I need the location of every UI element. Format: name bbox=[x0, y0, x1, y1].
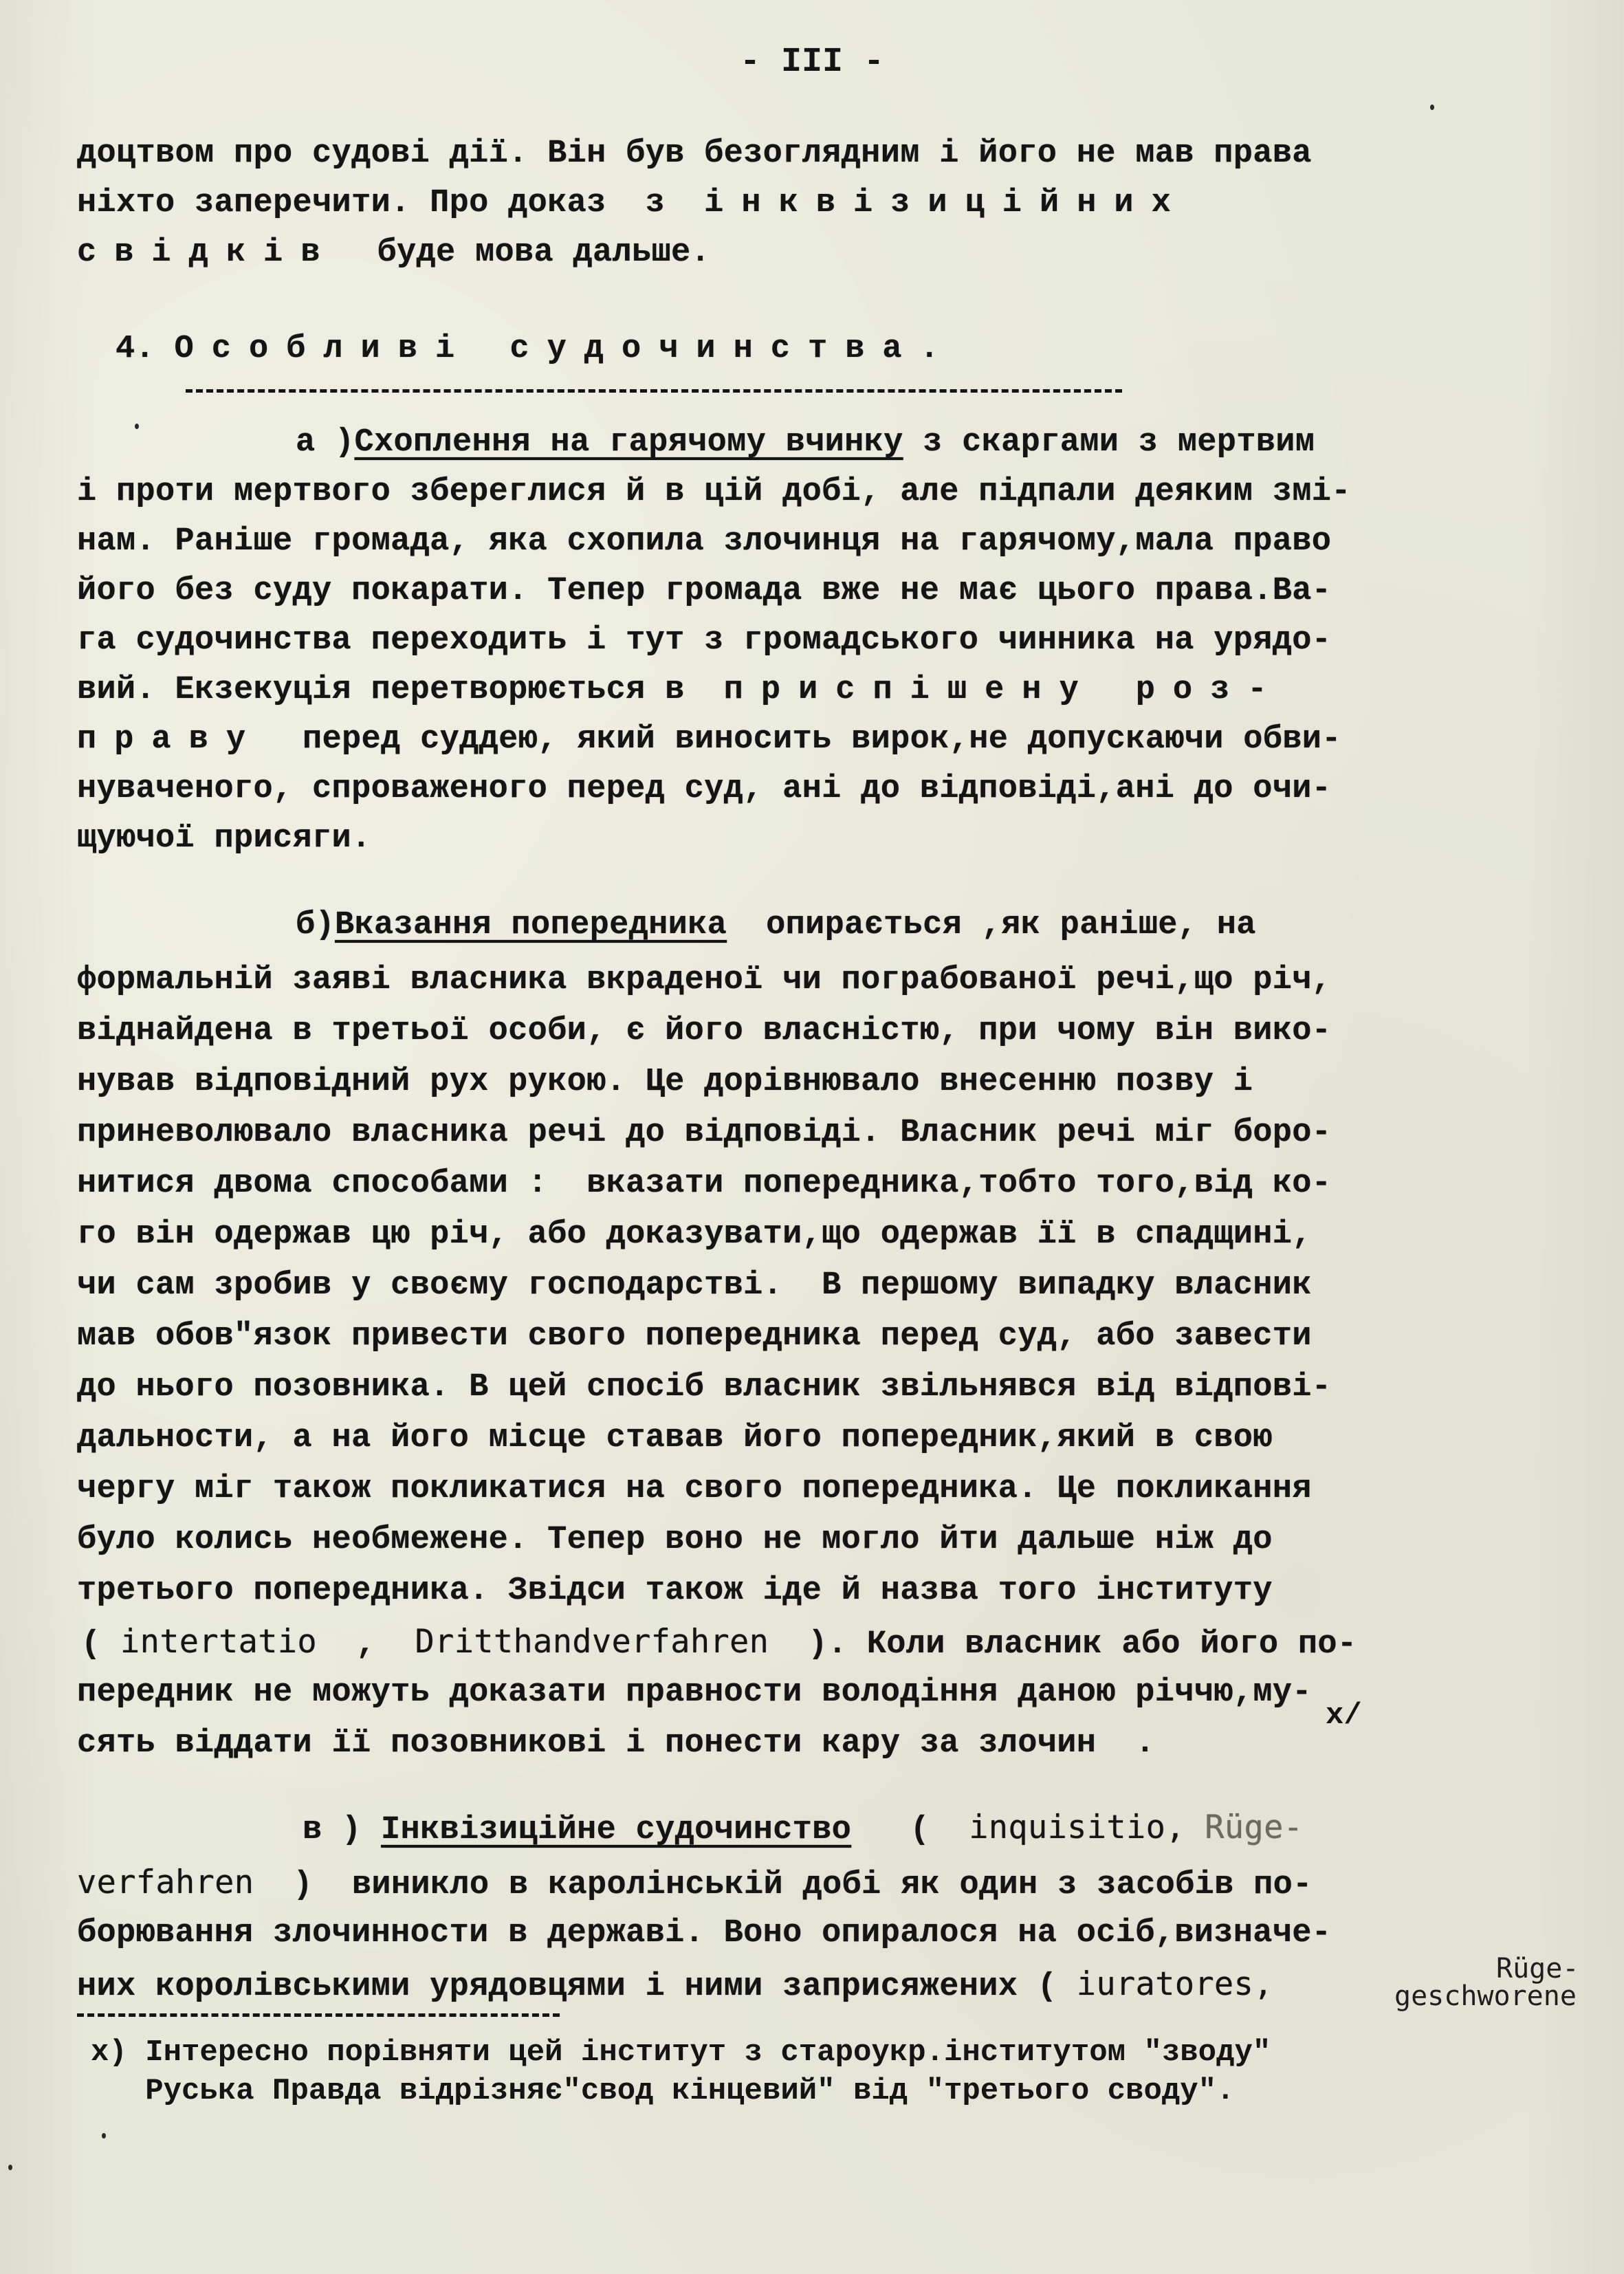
subsection-c-line-3: борювання злочинности в державі. Воно оп… bbox=[77, 1914, 1331, 1953]
subsection-c-first-line: в ) Інквізиційне судочинство ( inquisiti… bbox=[303, 1808, 1303, 1850]
subsection-b-latin-line-rest: ). Коли власник або його по- bbox=[769, 1626, 1357, 1663]
subsection-c-line-2: verfahren ) виникло в каролінській добі … bbox=[77, 1863, 1313, 1905]
subsection-b-marker: б) bbox=[296, 907, 335, 943]
subsection-a-first-line-rest: з скаргами з мертвим bbox=[903, 424, 1315, 461]
latin-separator: , bbox=[317, 1626, 415, 1663]
subsection-a-line-6-rest: перед суддею, який виносить вирок,не доп… bbox=[263, 721, 1341, 758]
latin-term-ruge-start: Rüge- bbox=[1205, 1808, 1303, 1846]
subsection-b-line-9: до нього позовника. В цей спосіб власник… bbox=[77, 1368, 1331, 1407]
subsection-b-line-11: чергу міг також покликатися на свого поп… bbox=[77, 1470, 1312, 1509]
subsection-b-line-5: нитися двома способами : вказати поперед… bbox=[77, 1165, 1331, 1203]
subsection-b-line-1: формальній заяві власника вкраденої чи п… bbox=[77, 961, 1331, 1000]
subsection-a-heading: Схоплення на гарячому вчинку bbox=[355, 424, 903, 461]
footnote-reference-mark: x/ bbox=[1326, 1698, 1362, 1733]
latin-term-intertatio: intertatio bbox=[120, 1623, 317, 1661]
page-number: - III - bbox=[0, 43, 1624, 82]
section-title: Особливі судочинства. bbox=[175, 331, 957, 367]
scan-speck bbox=[1430, 105, 1434, 110]
subsection-a-line-1: і проти мертвого збереглися й в цій добі… bbox=[77, 473, 1351, 512]
subsection-b-line-3: нував відповідний рух рукою. Це дорівнюв… bbox=[77, 1063, 1253, 1102]
latin-term-geschworene: geschworene bbox=[1394, 1980, 1577, 2012]
spaced-word-trial-end: праву bbox=[77, 721, 263, 758]
latin-term-dritthandverfahren: Dritthandverfahren bbox=[415, 1623, 769, 1661]
subsection-a-line-5: вий. Екзекуція перетворюється в приспіше… bbox=[77, 671, 1285, 710]
subsection-b-latin-line: ( intertatio , Dritthandverfahren ). Кол… bbox=[81, 1623, 1357, 1664]
subsection-b-line-6: го він одержав цю річ, або доказувати,що… bbox=[77, 1216, 1312, 1254]
latin-term-verfahren: verfahren bbox=[77, 1863, 254, 1901]
subsection-b-line-4: приневолювало власника речі до відповіді… bbox=[77, 1114, 1331, 1152]
subsection-b-line-12: було колись необмежене. Тепер воно не мо… bbox=[77, 1521, 1273, 1560]
subsection-b-line-15: передник не можуть доказати правности во… bbox=[77, 1674, 1312, 1712]
spaced-word-trial-start: роз- bbox=[1136, 672, 1285, 708]
document-page: - III - доцтвом про судові дії. Він був … bbox=[0, 0, 1624, 2274]
subsection-c-paren-open: ( bbox=[910, 1812, 930, 1848]
spaced-word-hastened: приспішену bbox=[724, 672, 1097, 708]
scan-speck bbox=[8, 2165, 12, 2170]
subsection-a-line-2: нам. Раніше громада, яка схопила злочинц… bbox=[77, 523, 1331, 561]
footnote-separator bbox=[77, 2013, 560, 2017]
subsection-a-line-5-prefix: вий. Екзекуція перетворюється в bbox=[77, 672, 724, 708]
subsection-b-line-8: мав обов"язок привести свого попередника… bbox=[77, 1318, 1312, 1356]
subsection-c-line-4: них королівськими урядовцями і ними запр… bbox=[77, 1965, 1273, 2007]
subsection-c-line-2-rest: ) виникло в каролінській добі як один з … bbox=[254, 1867, 1312, 1903]
subsection-a-line-7: нуваченого, спроваженого перед суд, ані … bbox=[77, 770, 1331, 809]
subsection-a-first-line: а )Схоплення на гарячому вчинку з скарга… bbox=[296, 424, 1315, 462]
closing-period: . bbox=[1135, 1725, 1155, 1762]
subsection-a-line-4: га судочинства переходить і тут з громад… bbox=[77, 622, 1331, 660]
section-number: 4. bbox=[116, 331, 155, 367]
scan-speck bbox=[135, 424, 139, 429]
spaced-word-inquisitorial: інквізиційних bbox=[704, 185, 1189, 221]
subsection-a-line-6: праву перед суддею, який виносить вирок,… bbox=[77, 721, 1341, 759]
intro-line-2-prefix: ніхто заперечити. Про доказ з bbox=[77, 185, 704, 221]
subsection-c-heading: Інквізиційне судочинство bbox=[381, 1812, 851, 1848]
scan-speck bbox=[102, 2133, 106, 2139]
latin-term-iuratores: iuratores, bbox=[1077, 1965, 1273, 2003]
subsection-b-first-line: б)Вказання попередника опирається ,як ра… bbox=[296, 906, 1256, 945]
subsection-b-heading: Вказання попередника bbox=[335, 907, 727, 943]
subsection-c-marker: в ) bbox=[303, 1812, 362, 1848]
subsection-b-line-10: дальности, а на його місце ставав його п… bbox=[77, 1419, 1273, 1458]
section-heading: 4. Особливі судочинства. bbox=[116, 330, 957, 369]
spaced-word-witnesses: свідків bbox=[77, 234, 338, 271]
footnote-line-2: Руська Правда відрізняє"свод кінцевий" в… bbox=[91, 2073, 1234, 2110]
latin-term-inquisitio: inquisitio, bbox=[969, 1808, 1185, 1846]
intro-line-2: ніхто заперечити. Про доказ з інквізицій… bbox=[77, 184, 1189, 223]
subsection-b-line-7: чи сам зробив у своєму господарстві. В п… bbox=[77, 1267, 1312, 1305]
subsection-b-line-16: сять віддати її позовникові і понести ка… bbox=[77, 1725, 1155, 1763]
subsection-b-line-16-text: сять віддати її позовникові і понести ка… bbox=[77, 1725, 1096, 1762]
intro-line-3-suffix: буде мова дальше. bbox=[338, 234, 710, 271]
subsection-a-line-8: щуючої присяги. bbox=[77, 820, 371, 858]
subsection-b-line-2: віднайдена в третьої особи, є його власн… bbox=[77, 1012, 1331, 1051]
subsection-a-line-3: його без суду покарати. Тепер громада вж… bbox=[77, 572, 1331, 611]
subsection-a-marker: а ) bbox=[296, 424, 355, 461]
subsection-b-line-13: третього попередника. Звідси також іде й… bbox=[77, 1572, 1273, 1610]
intro-line-1: доцтвом про судові дії. Він був безогляд… bbox=[77, 135, 1312, 173]
subsection-b-first-line-rest: опирається ,як раніше, на bbox=[727, 907, 1256, 943]
section-dashed-underline bbox=[186, 389, 1122, 393]
footnote-line-1: x) Інтересно порівняти цей інститут з ст… bbox=[91, 2034, 1271, 2071]
intro-line-3: свідків буде мова дальше. bbox=[77, 234, 710, 272]
subsection-c-line-4-text: них королівськими урядовцями і ними запр… bbox=[77, 1969, 1057, 2005]
latin-paren-open: ( bbox=[81, 1626, 120, 1663]
